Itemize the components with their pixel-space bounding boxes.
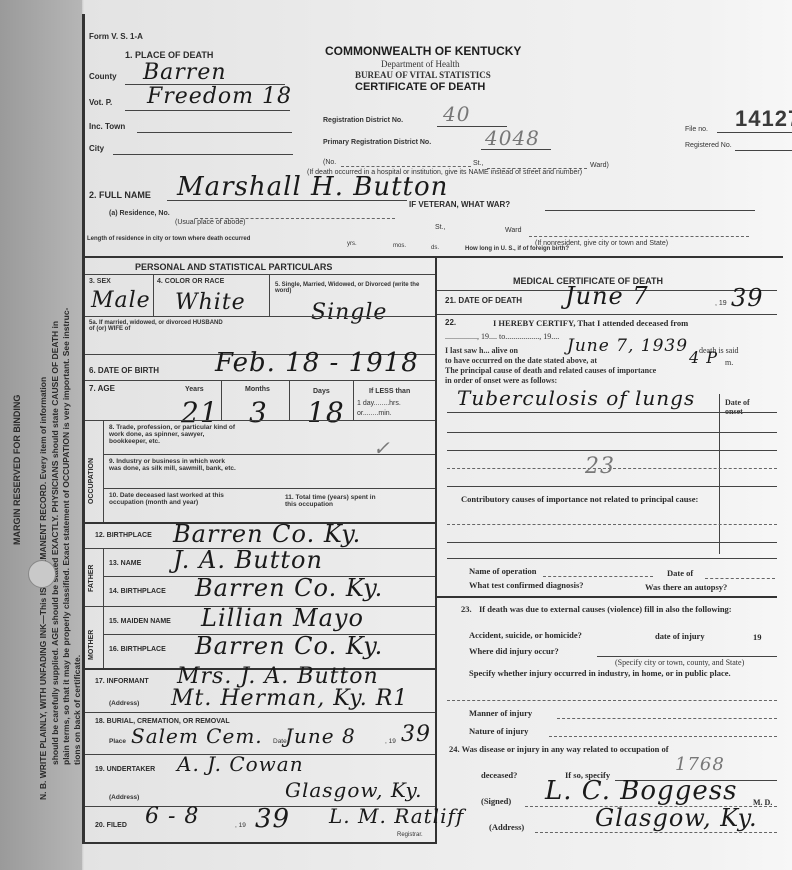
father-name-value: J. A. Button [173, 546, 323, 574]
burial-year-prefix: , 19 [385, 738, 396, 745]
burial-date-value: June 8 [285, 724, 356, 748]
margin-instruction-1: N. B. WRITE PLAINLY, WITH UNFADING INK—T… [38, 377, 49, 800]
age-months-label: Months [245, 386, 270, 393]
birthplace-value: Barren Co. Ky. [173, 520, 361, 548]
trade-checkmark: ✓ [373, 436, 391, 460]
last-saw-date: June 7, 1939 [567, 336, 688, 356]
dob-label: 6. DATE OF BIRTH [89, 366, 159, 375]
certificate-title: CERTIFICATE OF DEATH [355, 81, 485, 93]
spouse-label: 5a. If married, widowed, or divorced HUS… [89, 320, 229, 332]
death-certificate-scan: MARGIN RESERVED FOR BINDING N. B. WRITE … [0, 0, 792, 870]
physician-address-value: Glasgow, Ky. [595, 804, 758, 832]
filed-year-prefix: , 19 [235, 822, 246, 829]
occupation-side-label: OCCUPATION [88, 458, 95, 504]
age-less-than-label: If LESS than [369, 388, 410, 395]
informant-address-value: Mt. Herman, Ky. R1 [171, 686, 408, 711]
signed-label: (Signed) [481, 796, 511, 806]
injury-year-label: 19 [753, 632, 762, 642]
place-of-death-heading: 1. PLACE OF DEATH [125, 50, 213, 60]
father-birthplace-value: Barren Co. Ky. [195, 574, 383, 602]
undertaker-address-label: (Address) [109, 794, 139, 801]
veteran-label: IF VETERAN, WHAT WAR? [409, 200, 510, 209]
file-no-value: 14127 [735, 106, 792, 132]
residence-ds: ds. [431, 245, 439, 251]
department-label: Department of Health [381, 59, 459, 69]
state-title: COMMONWEALTH OF KENTUCKY [325, 44, 521, 58]
external-number: 23. [461, 604, 472, 614]
injury-date-label: date of injury [655, 631, 705, 641]
principal-cause-value: Tuberculosis of lungs [457, 386, 695, 410]
occurred-text: to have occurred on the date stated abov… [445, 356, 597, 365]
operation-label: Name of operation [469, 566, 537, 576]
physician-address-label: (Address) [489, 822, 524, 832]
residence-yrs: yrs. [347, 241, 357, 247]
reg-district-label: Registration District No. [323, 117, 403, 124]
age-days-value: 18 [307, 396, 345, 429]
age-min-label: or........min. [357, 410, 392, 417]
registered-no-label: Registered No. [685, 142, 732, 149]
age-hrs-label: 1 day........hrs. [357, 400, 401, 407]
dob-value: Feb. 18 - 1918 [215, 348, 419, 378]
where-injury-label: Where did injury occur? [469, 646, 559, 656]
full-name-label: 2. FULL NAME [89, 190, 151, 200]
age-years-label: Years [185, 386, 204, 393]
operation-date-label: Date of [667, 568, 693, 578]
primary-reg-label: Primary Registration District No. [323, 139, 431, 146]
file-no-label: File no. [685, 126, 708, 133]
certify-number: 22. [445, 318, 456, 327]
onset-text: in order of onset were as follows: [445, 376, 557, 385]
test-label: What test confirmed diagnosis? [469, 580, 584, 590]
reg-district-value: 40 [443, 102, 470, 126]
burial-year-value: 39 [401, 722, 431, 747]
faint-mark: 23 [585, 454, 615, 479]
street-st-label: St., [473, 160, 484, 167]
mother-maiden-value: Lillian Mayo [201, 604, 364, 632]
date-death-value: June 7 [565, 282, 649, 310]
age-label: 7. AGE [89, 384, 115, 393]
color-label: 4. COLOR OR RACE [157, 278, 224, 285]
nature-injury-label: Nature of injury [469, 726, 528, 736]
county-label: County [89, 72, 117, 81]
accident-label: Accident, suicide, or homicide? [469, 630, 582, 640]
attended-from-to: ................, 19.... to.............… [445, 332, 559, 341]
date-death-year-prefix: , 19 [715, 300, 727, 307]
age-months-value: 3 [249, 396, 268, 429]
deceased-label: deceased? [481, 770, 517, 780]
primary-reg-value: 4048 [485, 126, 540, 150]
mother-maiden-label: 15. MAIDEN NAME [109, 618, 171, 625]
margin-reserved-label: MARGIN RESERVED FOR BINDING [12, 395, 23, 545]
bureau-label: BUREAU OF VITAL STATISTICS [355, 70, 491, 80]
death-time: 4 P [689, 348, 718, 367]
father-side-label: FATHER [88, 565, 95, 592]
informant-address-label: (Address) [109, 700, 139, 707]
residence-mos: mos. [393, 243, 406, 249]
contributory-label: Contributory causes of importance not re… [461, 494, 721, 504]
birthplace-label: 12. BIRTHPLACE [95, 532, 152, 539]
death-time-m: m. [725, 358, 733, 367]
autopsy-label: Was there an autopsy? [645, 582, 727, 592]
street-ward-label: Ward) [590, 162, 609, 169]
certify-text: I HEREBY CERTIFY, That I attended deceas… [493, 318, 688, 328]
certificate-form: Form V. S. 1-A 1. PLACE OF DEATH COMMONW… [82, 14, 783, 844]
last-saw-label: I last saw h... alive on [445, 346, 518, 355]
filed-year-value: 39 [255, 804, 290, 834]
specify-location-note: (Specify city or town, county, and State… [615, 658, 744, 667]
filed-label: 20. FILED [95, 822, 127, 829]
burial-place-value: Salem Cem. [131, 724, 263, 748]
father-name-label: 13. NAME [109, 560, 141, 567]
length-residence-label: Length of residence in city or town wher… [87, 236, 250, 242]
industry-label: 9. Industry or business in which work wa… [109, 458, 239, 472]
form-number: Form V. S. 1-A [89, 32, 143, 41]
q24-text: 24. Was disease or injury in any way rel… [449, 744, 669, 754]
marital-value: Single [311, 300, 387, 325]
margin-instruction-2: should be carefully supplied. AGE should… [50, 321, 61, 765]
county-value: Barren [143, 60, 227, 85]
sex-value: Male [91, 288, 151, 313]
date-onset-label: Date of onset [725, 398, 765, 416]
residence-ward-label: Ward [505, 227, 521, 234]
personal-heading: PERSONAL AND STATISTICAL PARTICULARS [135, 262, 332, 272]
last-worked-label: 10. Date deceased last worked at this oc… [109, 492, 229, 506]
registrar-signature: L. M. Ratliff [329, 804, 464, 828]
street-no-label: (No. [323, 159, 336, 166]
father-birthplace-label: 14. BIRTHPLACE [109, 588, 166, 595]
burial-place-label: Place [109, 738, 126, 745]
undertaker-label: 19. UNDERTAKER [95, 766, 155, 773]
sex-label: 3. SEX [89, 278, 111, 285]
margin-instruction-3: plain terms, so that it may be properly … [61, 308, 72, 765]
vot-p-label: Vot. P. [89, 98, 112, 107]
full-name-value: Marshall H. Button [177, 172, 448, 202]
usual-abode-label: (Usual place of abode) [175, 219, 245, 226]
registrar-label: Registrar. [397, 832, 423, 838]
inc-town-label: Inc. Town [89, 122, 125, 131]
marital-label: 5. Single, Married, Widowed, or Divorced… [275, 282, 425, 294]
mother-birthplace-value: Barren Co. Ky. [195, 632, 383, 660]
residence-st-label: St., [435, 224, 446, 231]
age-days-label: Days [313, 388, 330, 395]
specify-where-label: Specify whether injury occurred in indus… [469, 668, 777, 678]
manner-injury-label: Manner of injury [469, 708, 532, 718]
filed-date-value: 6 - 8 [145, 804, 199, 829]
city-label: City [89, 144, 104, 153]
external-text: If death was due to external causes (vio… [479, 604, 775, 614]
physician-signature: L. C. Boggess [545, 776, 737, 806]
color-value: White [175, 290, 246, 315]
undertaker-value: A. J. Cowan [177, 752, 304, 776]
date-death-year-value: 39 [731, 284, 764, 312]
mother-side-label: MOTHER [88, 630, 95, 660]
residence-label: (a) Residence, No. [109, 210, 170, 217]
undertaker-address-value: Glasgow, Ky. [285, 778, 423, 802]
mother-birthplace-label: 16. BIRTHPLACE [109, 646, 166, 653]
how-long-us-label: How long in U. S., if of foreign birth? [465, 246, 569, 252]
vot-p-value: Freedom 18 [147, 84, 292, 109]
trade-label: 8. Trade, profession, or particular kind… [109, 424, 239, 445]
principal-cause-text: The principal cause of death and related… [445, 366, 656, 375]
informant-label: 17. INFORMANT [95, 678, 149, 685]
total-time-label: 11. Total time (years) spent in this occ… [285, 494, 385, 508]
binding-hole [28, 560, 56, 588]
date-death-label: 21. DATE OF DEATH [445, 296, 522, 305]
if-so-value: 1768 [675, 754, 725, 775]
